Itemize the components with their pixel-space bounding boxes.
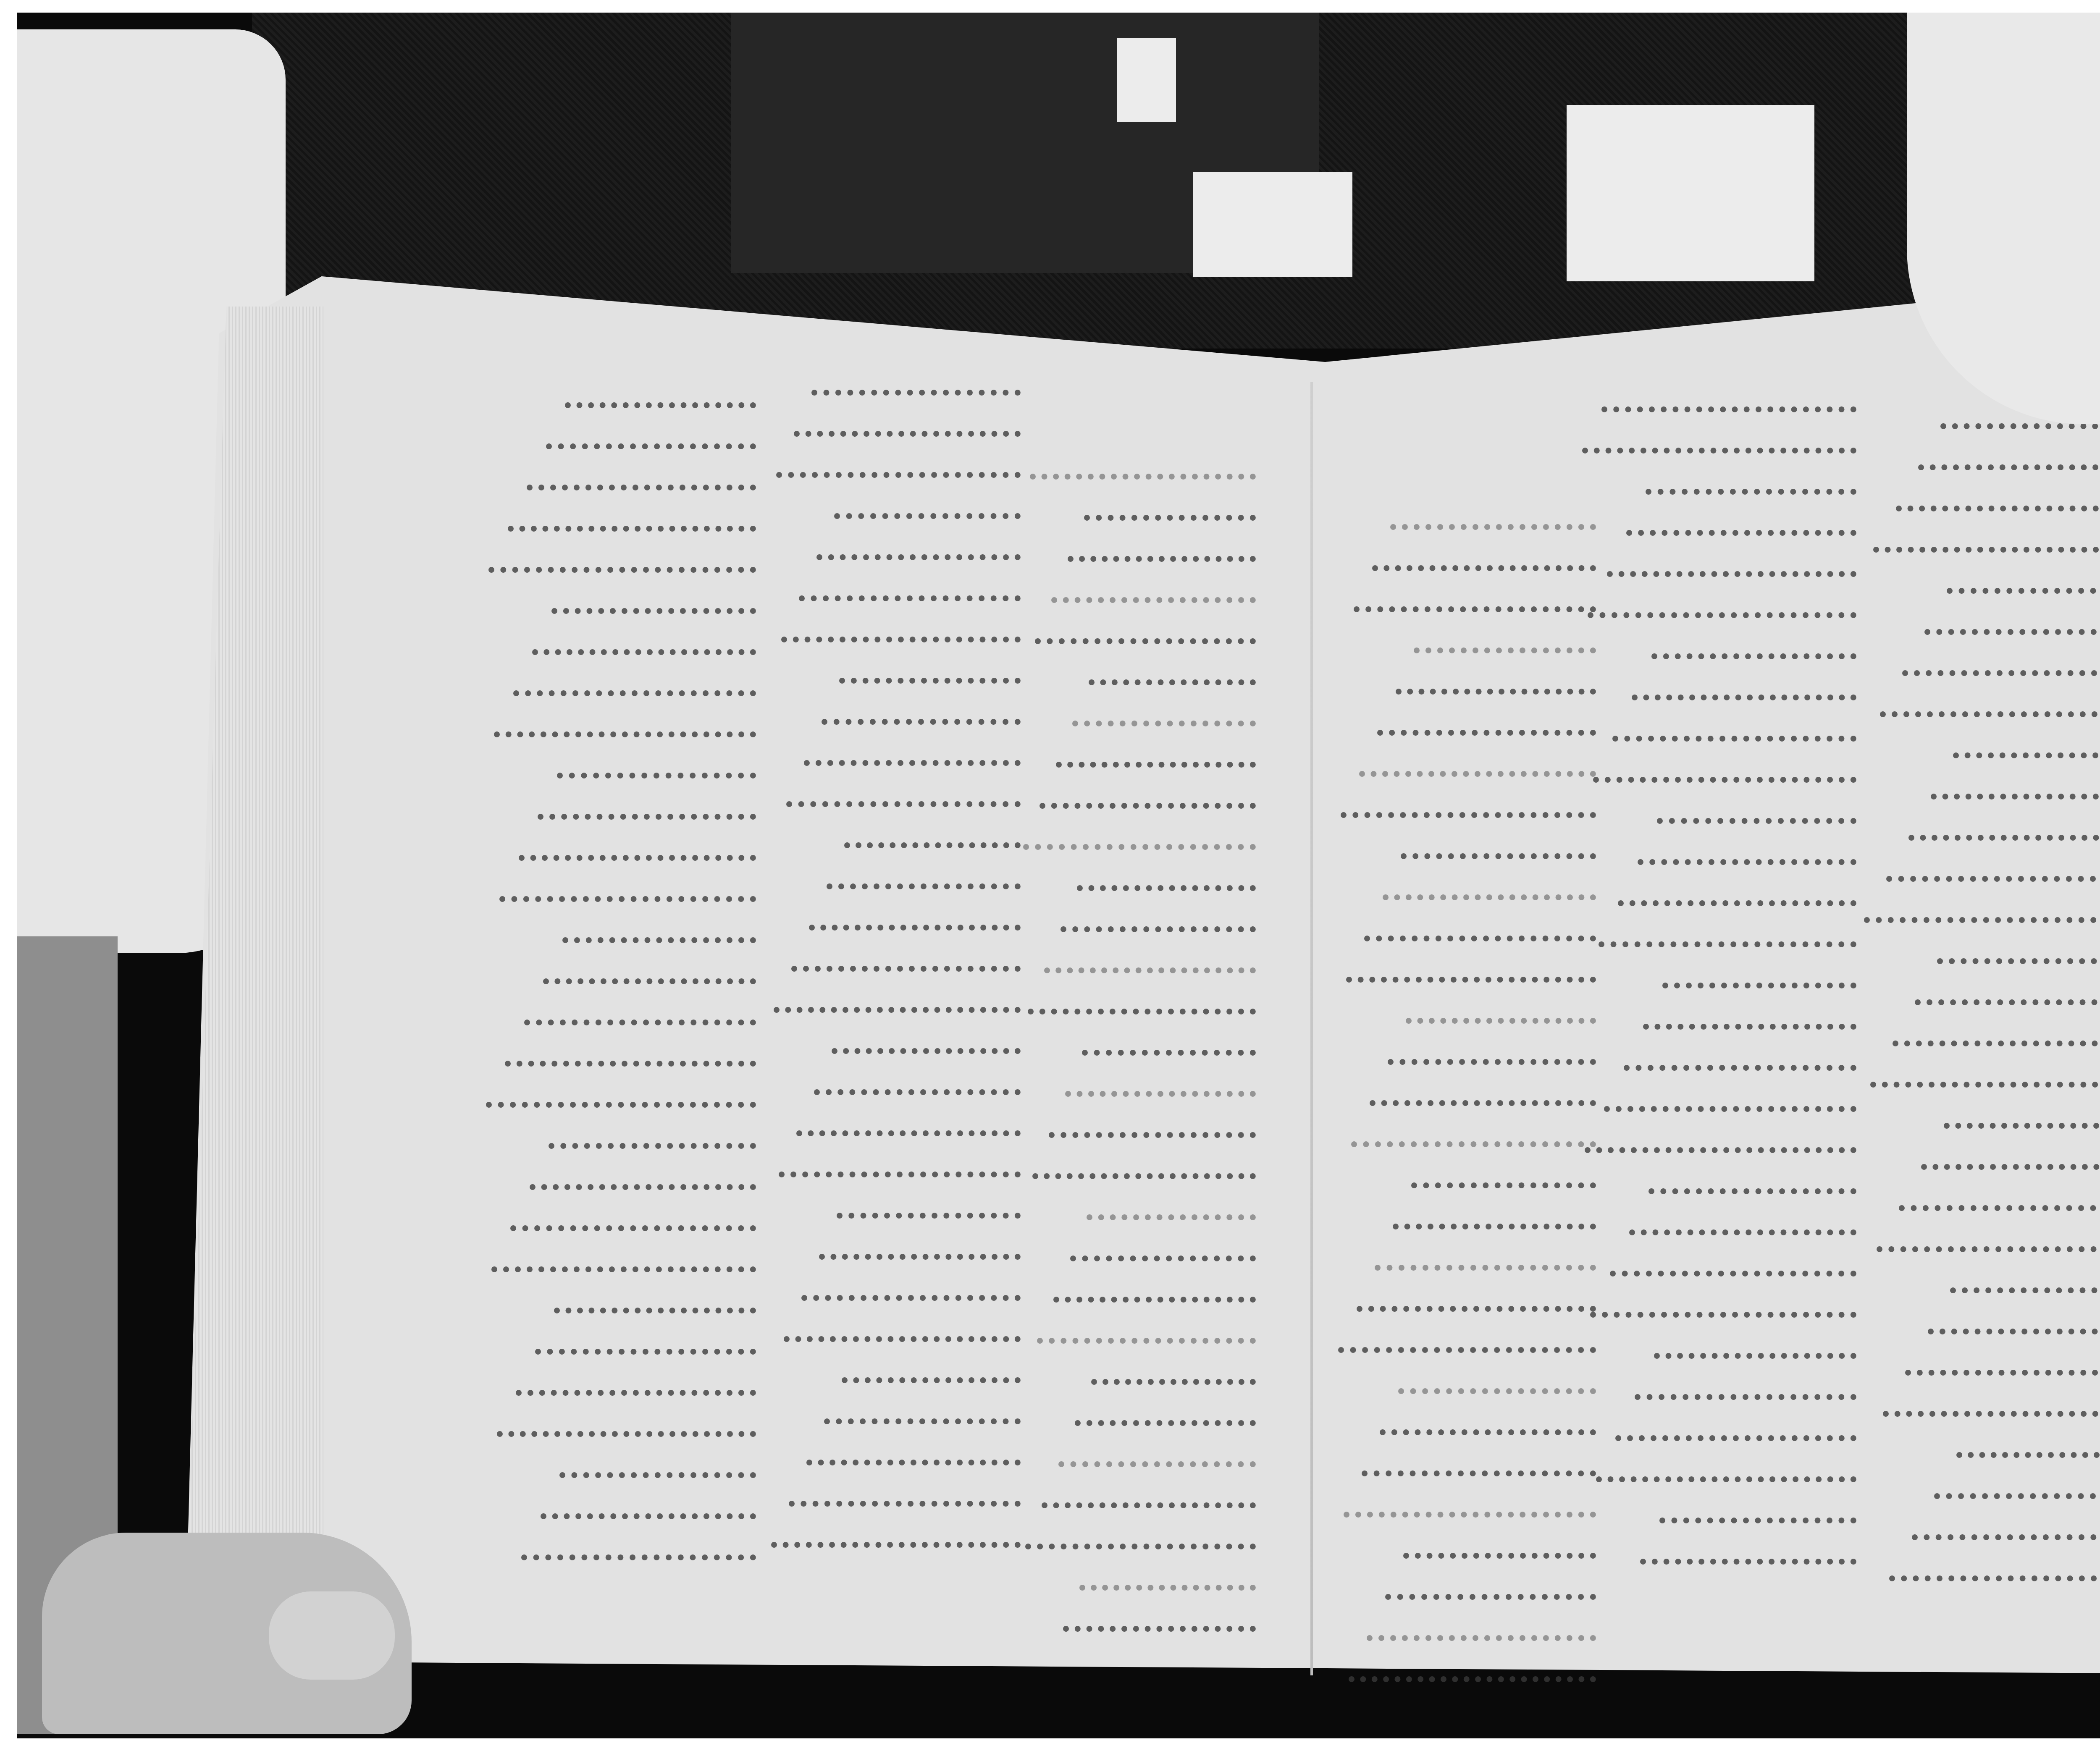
handwritten-line xyxy=(1401,837,1596,859)
handwritten-line xyxy=(1053,1281,1256,1303)
handwritten-line xyxy=(505,1045,756,1067)
handwritten-line xyxy=(839,662,1021,684)
handwritten-line xyxy=(1058,1445,1256,1467)
handwritten-line xyxy=(1918,448,2100,470)
handwritten-line xyxy=(1659,1502,1856,1523)
photo-frame xyxy=(17,13,2100,1738)
handwritten-line xyxy=(809,909,1021,930)
handwritten-line xyxy=(1364,920,1596,941)
handwritten-line xyxy=(1077,869,1256,891)
handwritten-line xyxy=(1075,1404,1256,1426)
handwritten-line xyxy=(1937,942,2100,964)
handwritten-line xyxy=(1896,490,2100,511)
handwritten-line xyxy=(1359,755,1596,777)
handwritten-line xyxy=(1349,1660,1596,1682)
handwritten-line xyxy=(1406,1002,1596,1024)
handwritten-line xyxy=(516,1374,756,1396)
handwritten-line xyxy=(791,950,1021,972)
handwritten-line xyxy=(1601,391,1856,412)
handwritten-line xyxy=(551,592,756,614)
handwritten-line xyxy=(1060,910,1256,932)
handwritten-line xyxy=(784,1320,1021,1342)
handwritten-line xyxy=(1414,632,1596,653)
handwritten-line xyxy=(499,880,756,902)
handwritten-line xyxy=(1950,1271,2100,1293)
handwritten-line xyxy=(1049,1116,1256,1138)
handwritten-line xyxy=(1632,679,1856,700)
handwritten-line xyxy=(806,1444,1021,1465)
handwritten-line xyxy=(1030,458,1256,480)
handwritten-line xyxy=(1877,1230,2100,1252)
handwritten-line xyxy=(510,1209,756,1231)
handwritten-line xyxy=(1582,432,1856,453)
handwritten-line xyxy=(1944,1107,2100,1129)
handwritten-line xyxy=(543,962,756,984)
handwritten-line xyxy=(819,1238,1021,1260)
handwritten-line xyxy=(1068,540,1256,562)
handwritten-line xyxy=(541,1497,756,1519)
handwritten-line xyxy=(1084,499,1256,521)
handwritten-line xyxy=(497,1415,756,1437)
handwritten-line xyxy=(796,1114,1021,1136)
handwritten-line xyxy=(1091,1363,1256,1385)
handwritten-line xyxy=(827,868,1021,889)
handwritten-line xyxy=(1607,555,1856,577)
handwritten-line xyxy=(1398,1372,1596,1394)
handwritten-line xyxy=(530,1168,756,1190)
handwritten-line xyxy=(1037,1322,1256,1344)
handwritten-line xyxy=(834,497,1021,519)
handwritten-line xyxy=(811,374,1021,396)
handwritten-line xyxy=(1338,1331,1596,1353)
handwritten-line xyxy=(519,839,756,861)
handwritten-line xyxy=(524,1004,756,1025)
handwritten-line xyxy=(1654,1337,1856,1359)
handwritten-line xyxy=(1063,1610,1256,1632)
handwritten-line xyxy=(549,1127,756,1149)
handwritten-line xyxy=(1585,1131,1856,1153)
handwritten-line xyxy=(844,826,1021,848)
handwritten-line xyxy=(1612,720,1856,742)
handwritten-line xyxy=(1931,778,2100,799)
handwritten-line xyxy=(1934,1477,2100,1499)
handwritten-line xyxy=(1411,1166,1596,1188)
handwritten-line xyxy=(1346,961,1596,983)
handwritten-line xyxy=(1065,1075,1256,1097)
handwritten-line xyxy=(1393,1208,1596,1229)
handwritten-line xyxy=(1354,590,1596,612)
handwritten-line xyxy=(1646,473,1856,495)
handwritten-line xyxy=(1079,1569,1256,1591)
text-column-right-1 xyxy=(1336,508,1596,1701)
handwritten-line xyxy=(824,1402,1021,1424)
handwritten-line xyxy=(1886,860,2100,882)
handwritten-line xyxy=(1648,1172,1856,1194)
handwritten-line xyxy=(776,456,1021,478)
handwritten-line xyxy=(565,386,756,408)
handwritten-line xyxy=(814,1073,1021,1095)
handwritten-line xyxy=(513,674,756,696)
handwritten-line xyxy=(1087,1198,1256,1220)
handwritten-line xyxy=(521,1539,756,1560)
handwritten-line xyxy=(1082,1034,1256,1056)
handwritten-line xyxy=(774,991,1021,1013)
handwritten-line xyxy=(1590,1296,1856,1318)
handwritten-line xyxy=(535,1333,756,1355)
handwritten-line xyxy=(1864,901,2100,923)
handwritten-line xyxy=(538,798,756,820)
handwritten-line xyxy=(1042,1486,1256,1508)
handwritten-line xyxy=(1899,1189,2100,1211)
handwritten-line xyxy=(1873,531,2100,553)
text-column-left-1 xyxy=(483,386,756,1580)
handwritten-line xyxy=(1624,1049,1856,1071)
handwritten-line xyxy=(1023,828,1256,850)
handwritten-line xyxy=(1056,746,1256,768)
handwritten-line xyxy=(1039,787,1256,809)
handwritten-line xyxy=(1626,514,1856,536)
handwritten-line xyxy=(779,1156,1021,1177)
handwritten-line xyxy=(1599,925,1856,947)
handwritten-line xyxy=(789,1485,1021,1507)
handwritten-line xyxy=(559,1456,756,1478)
handwritten-line xyxy=(816,538,1021,560)
handwritten-line xyxy=(804,744,1021,766)
handwritten-line xyxy=(771,1526,1021,1548)
handwritten-line xyxy=(562,921,756,943)
handwritten-line xyxy=(1357,1290,1596,1312)
handwritten-line xyxy=(1383,878,1596,900)
handwritten-line xyxy=(1403,1537,1596,1559)
handwritten-line xyxy=(1635,1378,1856,1400)
handwritten-line xyxy=(837,1197,1021,1219)
paper-slip xyxy=(1567,105,1814,281)
handwritten-line xyxy=(508,510,756,532)
handwritten-line xyxy=(1351,1125,1596,1147)
handwritten-line xyxy=(1610,1255,1856,1276)
handwritten-line xyxy=(822,703,1021,725)
handwritten-line xyxy=(1883,1395,2100,1417)
handwritten-line xyxy=(1362,1455,1596,1476)
handwritten-line xyxy=(1370,1084,1596,1106)
handwritten-line xyxy=(1367,1619,1596,1641)
handwritten-line xyxy=(799,579,1021,601)
handwritten-line xyxy=(1651,637,1856,659)
handwritten-line xyxy=(1390,508,1596,530)
handwritten-line xyxy=(1924,613,2100,635)
handwritten-line xyxy=(1388,1043,1596,1065)
handwritten-line xyxy=(1375,1249,1596,1271)
handwritten-line xyxy=(1893,1025,2100,1046)
handwritten-line xyxy=(1035,622,1256,644)
handwritten-line xyxy=(1902,654,2100,676)
handwritten-line xyxy=(1956,1436,2100,1458)
handwritten-line xyxy=(1908,819,2100,841)
handwritten-line xyxy=(781,621,1021,642)
handwritten-line xyxy=(1396,673,1596,695)
handwritten-line xyxy=(842,1361,1021,1383)
handwritten-line xyxy=(1044,951,1256,973)
handwritten-line xyxy=(1912,1518,2100,1540)
text-column-left-2 xyxy=(769,374,1021,1567)
handwritten-line xyxy=(488,551,756,573)
handwritten-line xyxy=(832,1032,1021,1054)
handwritten-line xyxy=(1070,1240,1256,1261)
handwritten-line xyxy=(494,716,756,737)
handwritten-line xyxy=(1947,572,2100,594)
handwritten-line xyxy=(1905,1354,2100,1376)
handwritten-line xyxy=(1028,993,1256,1014)
handwritten-line xyxy=(794,415,1021,437)
handwritten-line xyxy=(491,1250,756,1272)
handwritten-line xyxy=(532,633,756,655)
handwritten-line xyxy=(527,469,756,490)
handwritten-line xyxy=(1629,1214,1856,1235)
handwritten-line xyxy=(1915,983,2100,1005)
handwritten-line xyxy=(1588,596,1856,618)
handwritten-line xyxy=(1638,843,1856,865)
paper-scrap xyxy=(1193,172,1352,277)
handwritten-line xyxy=(1618,884,1856,906)
handwritten-line xyxy=(1341,796,1596,818)
handwritten-line xyxy=(1593,761,1856,783)
handwritten-line xyxy=(1870,1066,2100,1088)
handwritten-line xyxy=(1953,737,2100,758)
handwritten-line xyxy=(1643,1008,1856,1030)
handwritten-line xyxy=(557,757,756,778)
handwritten-line xyxy=(1380,1413,1596,1435)
handwritten-line xyxy=(1640,1543,1856,1565)
handwritten-line xyxy=(546,427,756,449)
handwritten-line xyxy=(1344,1496,1596,1518)
paper-scrap xyxy=(1117,38,1176,122)
handwritten-line xyxy=(801,1279,1021,1301)
handwritten-line xyxy=(554,1292,756,1313)
handwritten-line xyxy=(1051,581,1256,603)
handwritten-line xyxy=(1385,1578,1596,1600)
text-column-right-2 xyxy=(1579,391,1856,1584)
handwritten-line xyxy=(1377,714,1596,736)
handwritten-line xyxy=(1928,1313,2100,1334)
text-column-left-3 xyxy=(1021,458,1256,1651)
handwritten-line xyxy=(1089,663,1256,685)
handwritten-line xyxy=(486,1086,756,1108)
thumb-bottom-left xyxy=(269,1591,395,1680)
handwritten-line xyxy=(1615,1419,1856,1441)
handwritten-line xyxy=(1921,1148,2100,1170)
handwritten-line xyxy=(1604,1090,1856,1112)
handwritten-line xyxy=(1662,967,1856,988)
handwritten-line xyxy=(1072,705,1256,726)
handwritten-line xyxy=(1889,1560,2100,1581)
book-gutter xyxy=(1310,382,1313,1675)
handwritten-line xyxy=(1596,1460,1856,1482)
handwritten-line xyxy=(1372,549,1596,571)
text-column-right-3 xyxy=(1861,407,2100,1601)
handwritten-line xyxy=(786,785,1021,807)
handwritten-line xyxy=(1657,802,1856,824)
handwritten-line xyxy=(1032,1157,1256,1179)
handwritten-line xyxy=(1880,695,2100,717)
handwritten-line xyxy=(1025,1528,1256,1549)
